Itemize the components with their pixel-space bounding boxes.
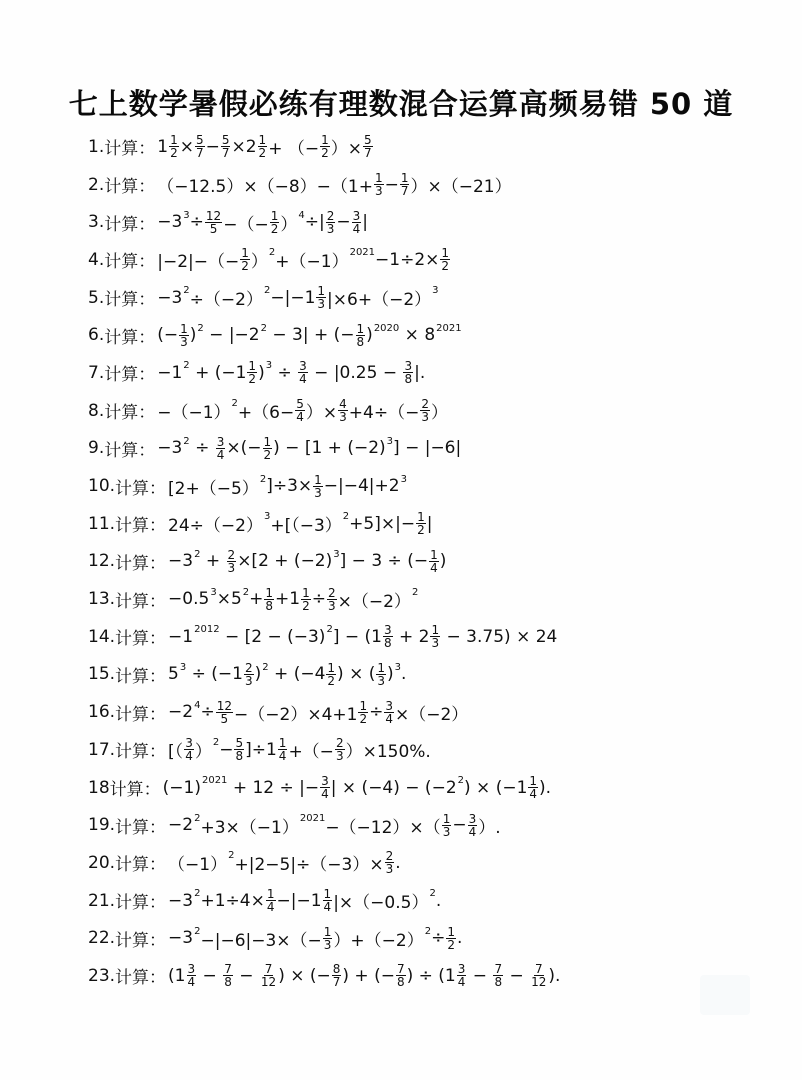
math-expression: [（34）2−58]÷114+（−23）×150%. bbox=[168, 737, 431, 762]
problem-item: 9. 计算：−32 ÷ 34×(−12) − [1 + (−2)3] − |−6… bbox=[88, 430, 788, 468]
problem-number: 6. bbox=[88, 325, 104, 345]
problem-item: 8. 计算：−（−1）2+（6−54）×43+4÷（−23） bbox=[88, 392, 788, 430]
fraction: 38 bbox=[383, 624, 393, 649]
fraction: 57 bbox=[221, 134, 231, 159]
exponent: 2 bbox=[269, 247, 275, 258]
fraction: 43 bbox=[338, 398, 348, 423]
math-expression: −32÷（−2）2−|−113|×6+（−2）3 bbox=[157, 285, 438, 310]
fraction: 34 bbox=[298, 360, 308, 385]
problem-label: 计算： bbox=[104, 285, 155, 310]
problem-label: 计算： bbox=[104, 172, 155, 197]
math-expression: 112×57−57×212+ （−12）×57 bbox=[157, 134, 373, 159]
math-expression: （−12.5）×（−8）−（1+13−17）×（−21） bbox=[157, 172, 511, 197]
fraction: 34 bbox=[320, 775, 330, 800]
exponent: 4 bbox=[194, 700, 200, 711]
exponent: 3 bbox=[183, 210, 189, 221]
math-expression: −33÷125−（−12）4÷|23−34| bbox=[157, 210, 368, 235]
faint-watermark bbox=[700, 975, 750, 1015]
fraction: 712 bbox=[260, 963, 277, 988]
fraction: 13 bbox=[316, 285, 326, 310]
problem-number: 1. bbox=[88, 137, 104, 157]
problem-number: 16. bbox=[88, 702, 115, 722]
fraction: 14 bbox=[323, 888, 333, 913]
math-expression: −32 + 23×[2 + (−2)3] − 3 ÷ (−14) bbox=[168, 549, 446, 574]
fraction: 34 bbox=[457, 963, 467, 988]
problem-number: 15. bbox=[88, 664, 115, 684]
exponent: 2 bbox=[412, 587, 418, 598]
problem-label: 计算： bbox=[115, 624, 166, 649]
problem-label: 计算： bbox=[104, 398, 155, 423]
problem-number: 20. bbox=[88, 853, 115, 873]
fraction: 87 bbox=[332, 963, 342, 988]
problem-label: 计算： bbox=[115, 850, 166, 875]
exponent: 2 bbox=[183, 436, 189, 447]
math-expression: (−13)2 − |−22 − 3| + (−18)2020 × 82021 bbox=[157, 323, 461, 348]
problem-number: 22. bbox=[88, 928, 115, 948]
exponent: 2 bbox=[243, 587, 249, 598]
problem-list: 1. 计算：112×57−57×212+ （−12）×572. 计算：（−12.… bbox=[88, 128, 788, 995]
math-expression: −12 + (−112)3 ÷ 34 − |0.25 − 38|. bbox=[157, 360, 425, 385]
fraction: 78 bbox=[223, 963, 233, 988]
fraction: 125 bbox=[216, 700, 233, 725]
fraction: 14 bbox=[429, 549, 439, 574]
fraction: 13 bbox=[430, 624, 440, 649]
fraction: 13 bbox=[376, 662, 386, 687]
exponent: 3 bbox=[401, 474, 407, 485]
exponent: 2 bbox=[425, 926, 431, 937]
problem-number: 11. bbox=[88, 514, 115, 534]
worksheet-page: 七上数学暑假必练有理数混合运算高频易错 50 道 1. 计算：112×57−57… bbox=[0, 0, 802, 1080]
problem-item: 1. 计算：112×57−57×212+ （−12）×57 bbox=[88, 128, 788, 166]
math-expression: [2+（−5）2]÷3×13−|−4|+23 bbox=[168, 474, 407, 499]
exponent: 2 bbox=[194, 813, 200, 824]
exponent: 2021 bbox=[300, 813, 325, 824]
fraction: 12 bbox=[320, 134, 330, 159]
exponent: 2 bbox=[194, 926, 200, 937]
problem-item: 11. 计算：24÷（−2）3+[（−3）2+5]×|−12| bbox=[88, 505, 788, 543]
exponent: 3 bbox=[264, 511, 270, 522]
problem-label: 计算： bbox=[115, 700, 166, 725]
exponent: 3 bbox=[432, 285, 438, 296]
problem-number: 23. bbox=[88, 966, 115, 986]
exponent: 3 bbox=[210, 587, 216, 598]
fraction: 23 bbox=[327, 587, 337, 612]
fraction: 12 bbox=[301, 587, 311, 612]
problem-item: 2. 计算：（−12.5）×（−8）−（1+13−17）×（−21） bbox=[88, 166, 788, 204]
exponent: 2012 bbox=[194, 624, 219, 635]
fraction: 23 bbox=[244, 662, 254, 687]
problem-label: 计算： bbox=[115, 963, 166, 988]
exponent: 2 bbox=[183, 360, 189, 371]
fraction: 12 bbox=[416, 511, 426, 536]
problem-number: 10. bbox=[88, 476, 115, 496]
fraction: 13 bbox=[442, 813, 452, 838]
exponent: 2021 bbox=[436, 323, 461, 334]
exponent: 2 bbox=[213, 737, 219, 748]
exponent: 2 bbox=[343, 511, 349, 522]
problem-item: 12. 计算：−32 + 23×[2 + (−2)3] − 3 ÷ (−14) bbox=[88, 543, 788, 581]
fraction: 12 bbox=[440, 247, 450, 272]
math-expression: −32−|−6|−3×（−13）+（−2）2÷12. bbox=[168, 926, 462, 951]
problem-number: 13. bbox=[88, 589, 115, 609]
exponent: 3 bbox=[387, 436, 393, 447]
math-expression: −22+3×（−1）2021−（−12）×（13−34）. bbox=[168, 813, 501, 838]
fraction: 57 bbox=[195, 134, 205, 159]
exponent: 2021 bbox=[202, 775, 227, 786]
problem-number: 9. bbox=[88, 438, 104, 458]
exponent: 3 bbox=[333, 549, 339, 560]
problem-item: 10. 计算：[2+（−5）2]÷3×13−|−4|+23 bbox=[88, 467, 788, 505]
problem-label: 计算： bbox=[115, 511, 166, 536]
problem-number: 14. bbox=[88, 627, 115, 647]
fraction: 12 bbox=[446, 926, 456, 951]
exponent: 4 bbox=[298, 210, 304, 221]
exponent: 2 bbox=[194, 549, 200, 560]
fraction: 12 bbox=[358, 700, 368, 725]
fraction: 12 bbox=[263, 436, 273, 461]
fraction: 78 bbox=[396, 963, 406, 988]
fraction: 34 bbox=[352, 210, 362, 235]
fraction: 14 bbox=[266, 888, 276, 913]
problem-label: 计算： bbox=[104, 436, 155, 461]
math-expression: −32 ÷ 34×(−12) − [1 + (−2)3] − |−6| bbox=[157, 436, 461, 461]
problem-item: 7. 计算：−12 + (−112)3 ÷ 34 − |0.25 − 38|. bbox=[88, 354, 788, 392]
fraction: 12 bbox=[258, 134, 268, 159]
fraction: 58 bbox=[234, 737, 244, 762]
math-expression: −12012 − [2 − (−3)2] − (138 + 213 − 3.75… bbox=[168, 624, 557, 649]
math-expression: (−1)2021 + 12 ÷ |−34| × (−4) − (−22) × (… bbox=[163, 775, 551, 800]
problem-label: 计算： bbox=[115, 813, 166, 838]
fraction: 23 bbox=[326, 210, 336, 235]
problem-number: 7. bbox=[88, 363, 104, 383]
fraction: 23 bbox=[227, 549, 237, 574]
math-expression: |−2|−（−12）2+（−1）2021−1÷2×12 bbox=[157, 247, 451, 272]
fraction: 23 bbox=[335, 737, 345, 762]
exponent: 2 bbox=[228, 850, 234, 861]
exponent: 2020 bbox=[374, 323, 399, 334]
exponent: 2021 bbox=[350, 247, 375, 258]
math-expression: −24÷125−（−2）×4+112÷34×（−2） bbox=[168, 700, 468, 725]
problem-label: 计算： bbox=[115, 474, 166, 499]
fraction: 34 bbox=[187, 963, 197, 988]
fraction: 14 bbox=[528, 775, 538, 800]
problem-label: 计算： bbox=[110, 775, 161, 800]
problem-item: 13. 计算：−0.53×52+18+112÷23×（−2）2 bbox=[88, 580, 788, 618]
problem-label: 计算： bbox=[104, 360, 155, 385]
fraction: 14 bbox=[278, 737, 288, 762]
exponent: 2 bbox=[326, 624, 332, 635]
exponent: 2 bbox=[261, 323, 267, 334]
fraction: 57 bbox=[363, 134, 373, 159]
fraction: 13 bbox=[323, 926, 333, 951]
fraction: 23 bbox=[420, 398, 430, 423]
exponent: 3 bbox=[395, 662, 401, 673]
exponent: 2 bbox=[260, 474, 266, 485]
exponent: 2 bbox=[264, 285, 270, 296]
problem-number: 19. bbox=[88, 815, 115, 835]
exponent: 2 bbox=[183, 285, 189, 296]
fraction: 13 bbox=[313, 474, 323, 499]
fraction: 54 bbox=[295, 398, 305, 423]
exponent: 2 bbox=[458, 775, 464, 786]
problem-number: 4. bbox=[88, 250, 104, 270]
fraction: 34 bbox=[384, 700, 394, 725]
problem-item: 3. 计算：−33÷125−（−12）4÷|23−34| bbox=[88, 203, 788, 241]
problem-number: 3. bbox=[88, 212, 104, 232]
fraction: 12 bbox=[247, 360, 257, 385]
math-expression: (134 − 78 − 712) × (−87) + (−78) ÷ (134 … bbox=[168, 963, 560, 988]
fraction: 18 bbox=[356, 323, 366, 348]
problem-label: 计算： bbox=[115, 587, 166, 612]
problem-number: 21. bbox=[88, 891, 115, 911]
exponent: 2 bbox=[429, 888, 435, 899]
math-expression: −（−1）2+（6−54）×43+4÷（−23） bbox=[157, 398, 448, 423]
problem-label: 计算： bbox=[115, 662, 166, 687]
exponent: 2 bbox=[262, 662, 268, 673]
problem-item: 20. 计算：（−1）2+|2−5|÷（−3）×23. bbox=[88, 844, 788, 882]
exponent: 2 bbox=[194, 888, 200, 899]
problem-number: 2. bbox=[88, 175, 104, 195]
problem-item: 15. 计算：53 ÷ (−123)2 + (−412) × (13)3. bbox=[88, 656, 788, 694]
problem-label: 计算： bbox=[115, 888, 166, 913]
fraction: 34 bbox=[184, 737, 194, 762]
problem-item: 5. 计算：−32÷（−2）2−|−113|×6+（−2）3 bbox=[88, 279, 788, 317]
problem-label: 计算： bbox=[115, 549, 166, 574]
fraction: 125 bbox=[205, 210, 222, 235]
exponent: 3 bbox=[266, 360, 272, 371]
problem-item: 19. 计算：−22+3×（−1）2021−（−12）×（13−34）. bbox=[88, 806, 788, 844]
fraction: 12 bbox=[240, 247, 250, 272]
problem-label: 计算： bbox=[115, 926, 166, 951]
problem-label: 计算： bbox=[104, 323, 155, 348]
exponent: 2 bbox=[232, 398, 238, 409]
fraction: 12 bbox=[169, 134, 179, 159]
exponent: 3 bbox=[180, 662, 186, 673]
fraction: 34 bbox=[468, 813, 478, 838]
problem-label: 计算： bbox=[104, 247, 155, 272]
problem-item: 17. 计算：[（34）2−58]÷114+（−23）×150%. bbox=[88, 731, 788, 769]
exponent: 2 bbox=[197, 323, 203, 334]
fraction: 17 bbox=[400, 172, 410, 197]
problem-item: 16. 计算：−24÷125−（−2）×4+112÷34×（−2） bbox=[88, 693, 788, 731]
math-expression: −0.53×52+18+112÷23×（−2）2 bbox=[168, 587, 418, 612]
problem-item: 18 计算：(−1)2021 + 12 ÷ |−34| × (−4) − (−2… bbox=[88, 769, 788, 807]
problem-item: 23. 计算：(134 − 78 − 712) × (−87) + (−78) … bbox=[88, 957, 788, 995]
problem-number: 8. bbox=[88, 401, 104, 421]
problem-item: 6. 计算：(−13)2 − |−22 − 3| + (−18)2020 × 8… bbox=[88, 316, 788, 354]
problem-label: 计算： bbox=[104, 210, 155, 235]
fraction: 38 bbox=[403, 360, 413, 385]
fraction: 23 bbox=[385, 850, 395, 875]
math-expression: −32+1÷4×14−|−114|×（−0.5）2. bbox=[168, 888, 441, 913]
fraction: 78 bbox=[493, 963, 503, 988]
math-expression: 24÷（−2）3+[（−3）2+5]×|−12| bbox=[168, 511, 432, 536]
problem-item: 22. 计算：−32−|−6|−3×（−13）+（−2）2÷12. bbox=[88, 919, 788, 957]
fraction: 12 bbox=[326, 662, 336, 687]
fraction: 13 bbox=[179, 323, 189, 348]
problem-number: 12. bbox=[88, 551, 115, 571]
fraction: 34 bbox=[216, 436, 226, 461]
fraction: 712 bbox=[530, 963, 547, 988]
problem-item: 4. 计算：|−2|−（−12）2+（−1）2021−1÷2×12 bbox=[88, 241, 788, 279]
problem-number: 18 bbox=[88, 778, 110, 798]
math-expression: 53 ÷ (−123)2 + (−412) × (13)3. bbox=[168, 662, 406, 687]
math-expression: （−1）2+|2−5|÷（−3）×23. bbox=[168, 850, 401, 875]
problem-label: 计算： bbox=[104, 134, 155, 159]
page-title: 七上数学暑假必练有理数混合运算高频易错 50 道 bbox=[0, 82, 802, 123]
problem-item: 21. 计算：−32+1÷4×14−|−114|×（−0.5）2. bbox=[88, 882, 788, 920]
fraction: 13 bbox=[374, 172, 384, 197]
fraction: 12 bbox=[270, 210, 280, 235]
fraction: 18 bbox=[264, 587, 274, 612]
problem-number: 17. bbox=[88, 740, 115, 760]
problem-item: 14. 计算：−12012 − [2 − (−3)2] − (138 + 213… bbox=[88, 618, 788, 656]
problem-number: 5. bbox=[88, 288, 104, 308]
problem-label: 计算： bbox=[115, 737, 166, 762]
